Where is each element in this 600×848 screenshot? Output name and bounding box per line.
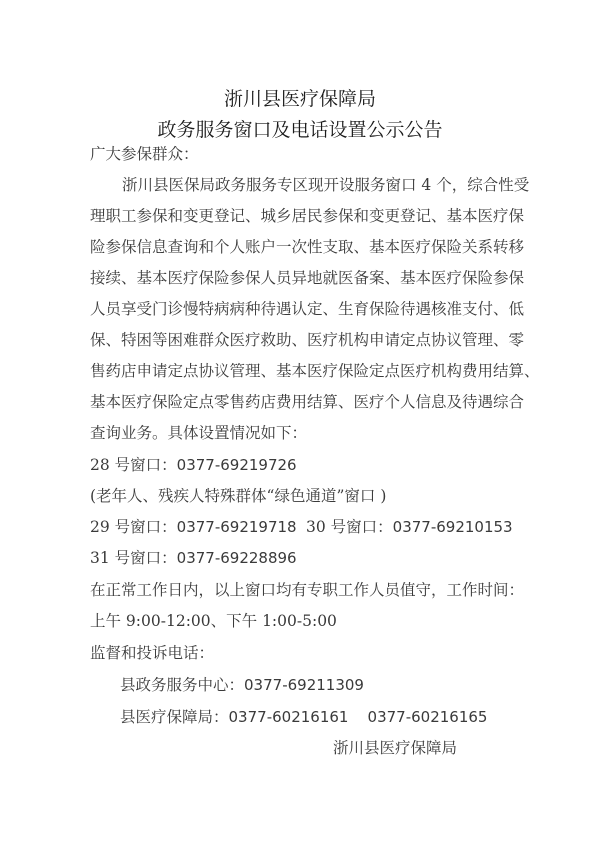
window-31: 31 号窗口：0377-69228896 — [90, 548, 297, 568]
window-28: 28 号窗口：0377-69219726 — [90, 455, 297, 475]
window-phone: 0377-69210153 — [393, 518, 513, 536]
complaint-phone: 0377-69211309 — [244, 676, 364, 694]
window-phone: 0377-69228896 — [177, 549, 297, 567]
complaint-label: 县政务服务中心： — [120, 676, 244, 694]
body-line: 理职工参保和变更登记、城乡居民参保和变更登记、基本医疗保 — [90, 206, 514, 226]
body-line: 保、特困等困难群众医疗救助、医疗机构申请定点协议管理、零 — [90, 330, 514, 350]
body-line: 基本医疗保险定点零售药店费用结算、医疗个人信息及待遇综合 — [90, 392, 514, 412]
body-line: 险参保信息查询和个人账户一次性支取、基本医疗保险关系转移 — [90, 237, 514, 257]
complaint-line-service-center: 县政务服务中心：0377-69211309 — [120, 675, 364, 695]
complaint-phone: 0377-60216161 0377-60216165 — [229, 708, 488, 726]
window-phone: 0377-69219726 — [177, 456, 297, 474]
signature: 浙川县医疗保障局 — [333, 738, 457, 758]
document-title: 政务服务窗口及电话设置公示公告 — [0, 115, 600, 142]
window-30: 30 号窗口：0377-69210153 — [306, 517, 513, 537]
complaint-label: 县医疗保障局： — [120, 708, 229, 726]
body-line: 查询业务。具体设置情况如下： — [90, 423, 307, 443]
window-label: 29 号窗口： — [90, 518, 177, 536]
window-label: 30 号窗口： — [306, 518, 393, 536]
salutation: 广大参保群众： — [90, 144, 199, 164]
working-hours: 上午 9:00-12:00、下午 1:00-5:00 — [90, 611, 337, 631]
window-label: 31 号窗口： — [90, 549, 177, 567]
body-line: 人员享受门诊慢特病病种待遇认定、生育保险待遇核准支付、低 — [90, 299, 514, 319]
body-line: 接续、基本医疗保险参保人员异地就医备案、基本医疗保险参保 — [90, 268, 514, 288]
window-29: 29 号窗口：0377-69219718 — [90, 517, 297, 537]
body-line: 浙川县医保局政务服务专区现开设服务窗口 4 个，综合性受 — [122, 175, 514, 195]
hours-intro: 在正常工作日内，以上窗口均有专职工作人员值守，工作时间： — [90, 580, 514, 600]
window-label: 28 号窗口： — [90, 456, 177, 474]
body-line: 售药店申请定点协议管理、基本医疗保险定点医疗机构费用结算、 — [90, 361, 514, 381]
document-title-org: 浙川县医疗保障局 — [0, 84, 600, 111]
window-28-note: (老年人、残疾人特殊群体“绿色通道”窗口 ) — [90, 486, 386, 506]
complaint-line-medical-bureau: 县医疗保障局：0377-60216161 0377-60216165 — [120, 707, 487, 727]
window-phone: 0377-69219718 — [177, 518, 297, 536]
complaint-heading: 监督和投诉电话： — [90, 643, 214, 663]
